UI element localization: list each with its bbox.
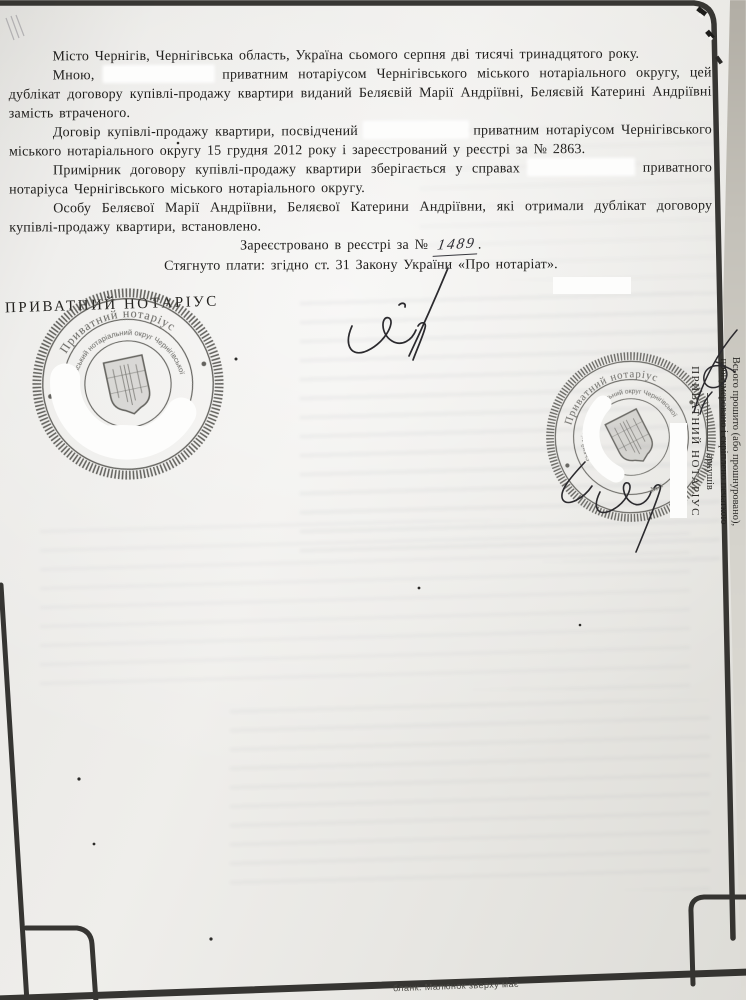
- notary-signature-main: [348, 268, 448, 360]
- seal-bottom-name-fragment: М.х: [649, 480, 665, 494]
- paragraph-copy-kept-text: Примірник договору купівлі-продажу кварт…: [53, 161, 520, 178]
- security-blank-fine-print: бланк. Малюнок зверху має: [393, 979, 519, 993]
- registry-line-text: Зареєстровано в реєстрі за №: [240, 238, 428, 254]
- seal-bottom-name-fragment: М.х: [133, 439, 150, 452]
- redaction-notary-name-1: [104, 67, 212, 81]
- redaction-notary-name-3: [529, 160, 633, 174]
- paragraph-contract-certified-text: Договір купівлі-продажу квартири, посвід…: [53, 124, 358, 140]
- handwritten-registry-number: 1489: [432, 234, 480, 256]
- paragraph-identity-established: Особу Беляєвої Марії Андріївни, Беляєвої…: [9, 196, 712, 237]
- scanned-notarial-document: Всього прошито (або прошнуровано), прону…: [0, 0, 746, 1000]
- redaction-misc: [553, 277, 631, 294]
- svg-text:М.х: М.х: [133, 439, 150, 452]
- redaction-notary-name-2: [365, 123, 467, 137]
- show-through-text: [230, 700, 710, 890]
- paragraph-copy-kept: Примірник договору купівлі-продажу кварт…: [9, 158, 712, 199]
- paragraph-issued-by-text: Мною,: [53, 68, 95, 83]
- paragraph-contract-certified: Договір купівлі-продажу квартири, посвід…: [9, 120, 712, 161]
- svg-text:М.х: М.х: [649, 480, 665, 494]
- fees-line: Стягнуто плати: згідно ст. 31 Закону Укр…: [9, 254, 712, 276]
- notary-round-seal-left: Приватний нотаріус Чернігівський міський…: [12, 268, 244, 500]
- pencil-marks: [6, 15, 24, 40]
- document-text-block: Місто Чернігів, Чернігівська область, Ук…: [9, 44, 713, 276]
- paragraph-issued-by: Мною, приватним нотаріусом Чернігівськог…: [9, 63, 712, 123]
